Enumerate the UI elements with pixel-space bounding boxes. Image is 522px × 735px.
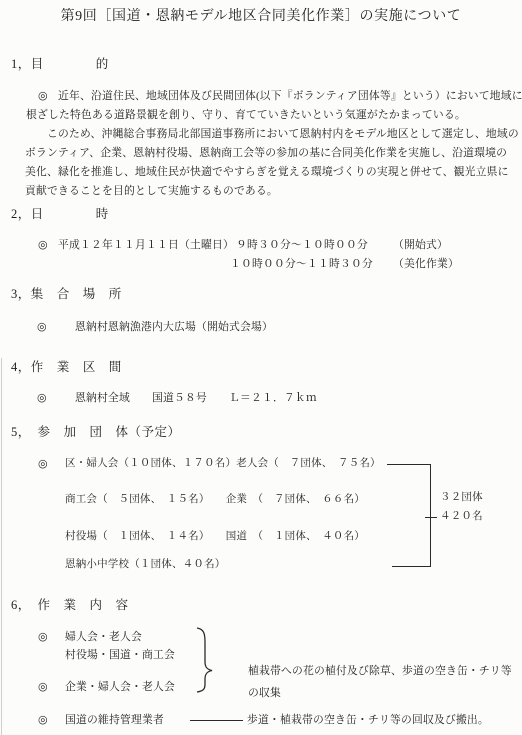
bullet-icon: ◎ — [38, 630, 48, 644]
event-date: 平成１２年１１月１１日（土曜日） — [58, 238, 234, 252]
participants-row-2: 商工会（ ５団体、 １５名） 企業 （ ７団体、 ６６名） — [65, 493, 365, 507]
purpose-paragraph2-line3: 美化、緑化を推進し、地域住民が快適でやすらぎを覚える環境づくりの実現と併せて、観… — [25, 165, 509, 179]
task-1-line-2: の収集 — [248, 686, 281, 700]
work-group-1-line-1: 婦人会・老人会 — [65, 630, 142, 644]
participants-bracket-top-line — [387, 464, 431, 465]
event-time-1: ９時３０分～１０時００分 — [236, 238, 368, 252]
participants-bracket-bottom-line — [392, 566, 431, 567]
bullet-icon: ◎ — [37, 320, 47, 334]
curly-brace — [195, 626, 215, 694]
section-work-content-heading: 6， 作 業 内 容 — [11, 598, 129, 612]
work-group-1-line-2: 村役場・国道・商工会 — [65, 648, 175, 662]
section-meeting-place-heading: 3，集 合 場 所 — [11, 287, 122, 301]
purpose-paragraph1-line2: 根ざした特色ある道路景観を創り、守り、育てていきたいという気運がたかまっている。 — [26, 108, 466, 122]
bullet-icon: ◎ — [38, 457, 48, 471]
section-work-section-heading: 4，作 業 区 間 — [11, 360, 122, 374]
event-time-1-label: （開始式） — [393, 238, 448, 252]
work-section-detail: 恩納村全域 国道５８号 Ｌ＝２１．７ｋｍ — [75, 391, 317, 405]
participants-bracket-tick — [425, 517, 437, 518]
connector-line — [190, 720, 243, 721]
task-1-line-1: 植栽帯への花の植付及び除草、歩道の空き缶・チリ等 — [248, 664, 512, 678]
purpose-paragraph2-line4: 貢献できることを目的として実施するものである。 — [25, 184, 278, 198]
section-purpose-heading: 1，目 的 — [11, 57, 109, 71]
participants-total-people: ４２０名 — [440, 510, 483, 524]
bullet-icon: ◎ — [38, 713, 48, 727]
purpose-paragraph2-line1: このため、沖縄総合事務局北部国道事務所において恩納村内をモデル地区として選定し、… — [47, 127, 519, 141]
participants-row-1: 区・婦人会（１０団体、１７０名）老人会（ ７団体、 ７５名） — [65, 457, 381, 471]
event-time-2: １０時００分～１１時３０分 — [230, 257, 373, 271]
scan-edge-artifact — [1, 358, 2, 735]
bullet-icon: ◎ — [38, 89, 48, 103]
purpose-paragraph2-line2: ボランティア、企業、恩納村役場、恩納商工会等の参加の基に合同美化作業を実施し、沿… — [25, 146, 507, 160]
task-2: 歩道・植栽帯の空き缶・チリ等の回収及び搬出。 — [247, 713, 489, 727]
participants-row-4: 恩納小中学校（１団体、４０名） — [65, 558, 226, 572]
bullet-icon: ◎ — [38, 238, 48, 252]
meeting-place-text: 恩納村恩納漁港内大広場（開始式会場） — [75, 320, 273, 334]
work-group-3: 国道の維持管理業者 — [65, 713, 164, 727]
bullet-icon: ◎ — [38, 680, 48, 694]
event-time-2-label: （美化作業） — [393, 257, 459, 271]
work-group-2: 企業・婦人会・老人会 — [65, 680, 175, 694]
bullet-icon: ◎ — [37, 391, 47, 405]
document-page: 第9回［国道・恩納モデル地区合同美化作業］の実施について 1，目 的 ◎ 近年、… — [0, 0, 522, 735]
purpose-paragraph1-line1: 近年、沿道住民、地域団体及び民間団体(以下『ボランティア団体等』という）において… — [58, 89, 522, 103]
participants-total-groups: ３２団体 — [440, 491, 483, 505]
section-datetime-heading: 2，日 時 — [11, 207, 109, 221]
document-title: 第9回［国道・恩納モデル地区合同美化作業］の実施について — [0, 10, 522, 24]
participants-bracket-vertical-line — [430, 464, 431, 567]
participants-row-3: 村役場（ １団体、 １４名） 国道 （ １団体、 ４０名） — [65, 530, 365, 544]
section-participants-heading: 5， 参 加 団 体（予定） — [11, 425, 181, 439]
